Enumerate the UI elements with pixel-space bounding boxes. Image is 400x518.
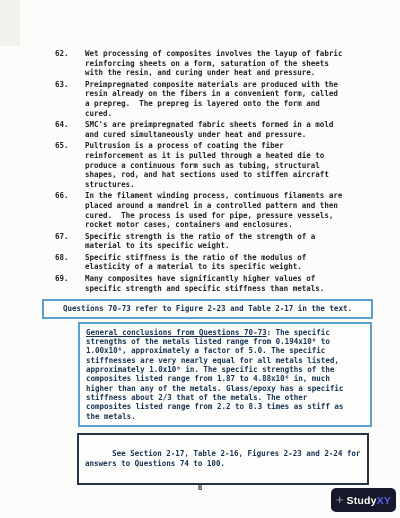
item-text: Preimpregnated composite materials are p… xyxy=(85,80,338,118)
item-number: 64. xyxy=(55,120,85,139)
numbered-items-list: 62. Wet processing of composites involve… xyxy=(0,49,400,293)
item-number: 66. xyxy=(55,191,85,229)
logo-study-text: Study xyxy=(347,495,377,507)
list-item: 65. Pultrusion is a process of coating t… xyxy=(0,141,400,189)
item-text: Pultrusion is a process of coating the f… xyxy=(85,141,329,189)
item-text: SMC's are preimpregnated fabric sheets f… xyxy=(85,120,333,139)
document-page: 62. Wet processing of composites involve… xyxy=(0,0,400,518)
item-text: Many composites have significantly highe… xyxy=(85,274,324,293)
plus-icon: + xyxy=(336,493,344,506)
studyxy-logo[interactable]: + StudyXY xyxy=(331,488,396,512)
logo-xy-text: XY xyxy=(377,495,391,507)
list-item: 64. SMC's are preimpregnated fabric shee… xyxy=(0,120,400,139)
item-number: 69. xyxy=(55,274,85,293)
item-text: Wet processing of composites involves th… xyxy=(85,49,342,78)
reference-text: See Section 2-17, Table 2-16, Figures 2-… xyxy=(85,449,360,468)
item-number: 63. xyxy=(55,80,85,118)
item-number: 62. xyxy=(55,49,85,78)
item-text: Specific strength is the ratio of the st… xyxy=(85,232,315,251)
list-item: 69. Many composites have significantly h… xyxy=(0,274,400,293)
questions-note-text: Questions 70-73 refer to Figure 2-23 and… xyxy=(63,304,352,313)
list-item: 63. Preimpregnated composite materials a… xyxy=(0,80,400,118)
item-number: 68. xyxy=(55,253,85,272)
list-item: 66. In the filament winding process, con… xyxy=(0,191,400,229)
list-item: 68. Specific stiffness is the ratio of t… xyxy=(0,253,400,272)
item-number: 67. xyxy=(55,232,85,251)
item-text: In the filament winding process, continu… xyxy=(85,191,342,229)
scan-artifact xyxy=(0,0,20,46)
item-number: 65. xyxy=(55,141,85,189)
conclusions-heading: General conclusions from Questions 70-73 xyxy=(86,328,267,337)
questions-note-box: Questions 70-73 refer to Figure 2-23 and… xyxy=(42,299,373,319)
list-item: 62. Wet processing of composites involve… xyxy=(0,49,400,78)
list-item: 67. Specific strength is the ratio of th… xyxy=(0,232,400,251)
general-conclusions-box: General conclusions from Questions 70-73… xyxy=(78,322,372,427)
reference-box: See Section 2-17, Table 2-16, Figures 2-… xyxy=(77,433,369,485)
logo-wordmark: StudyXY xyxy=(347,491,392,509)
page-content: 62. Wet processing of composites involve… xyxy=(0,49,400,485)
item-text: Specific stiffness is the ratio of the m… xyxy=(85,253,306,272)
conclusions-body: : The specific strengths of the metals l… xyxy=(86,328,343,421)
